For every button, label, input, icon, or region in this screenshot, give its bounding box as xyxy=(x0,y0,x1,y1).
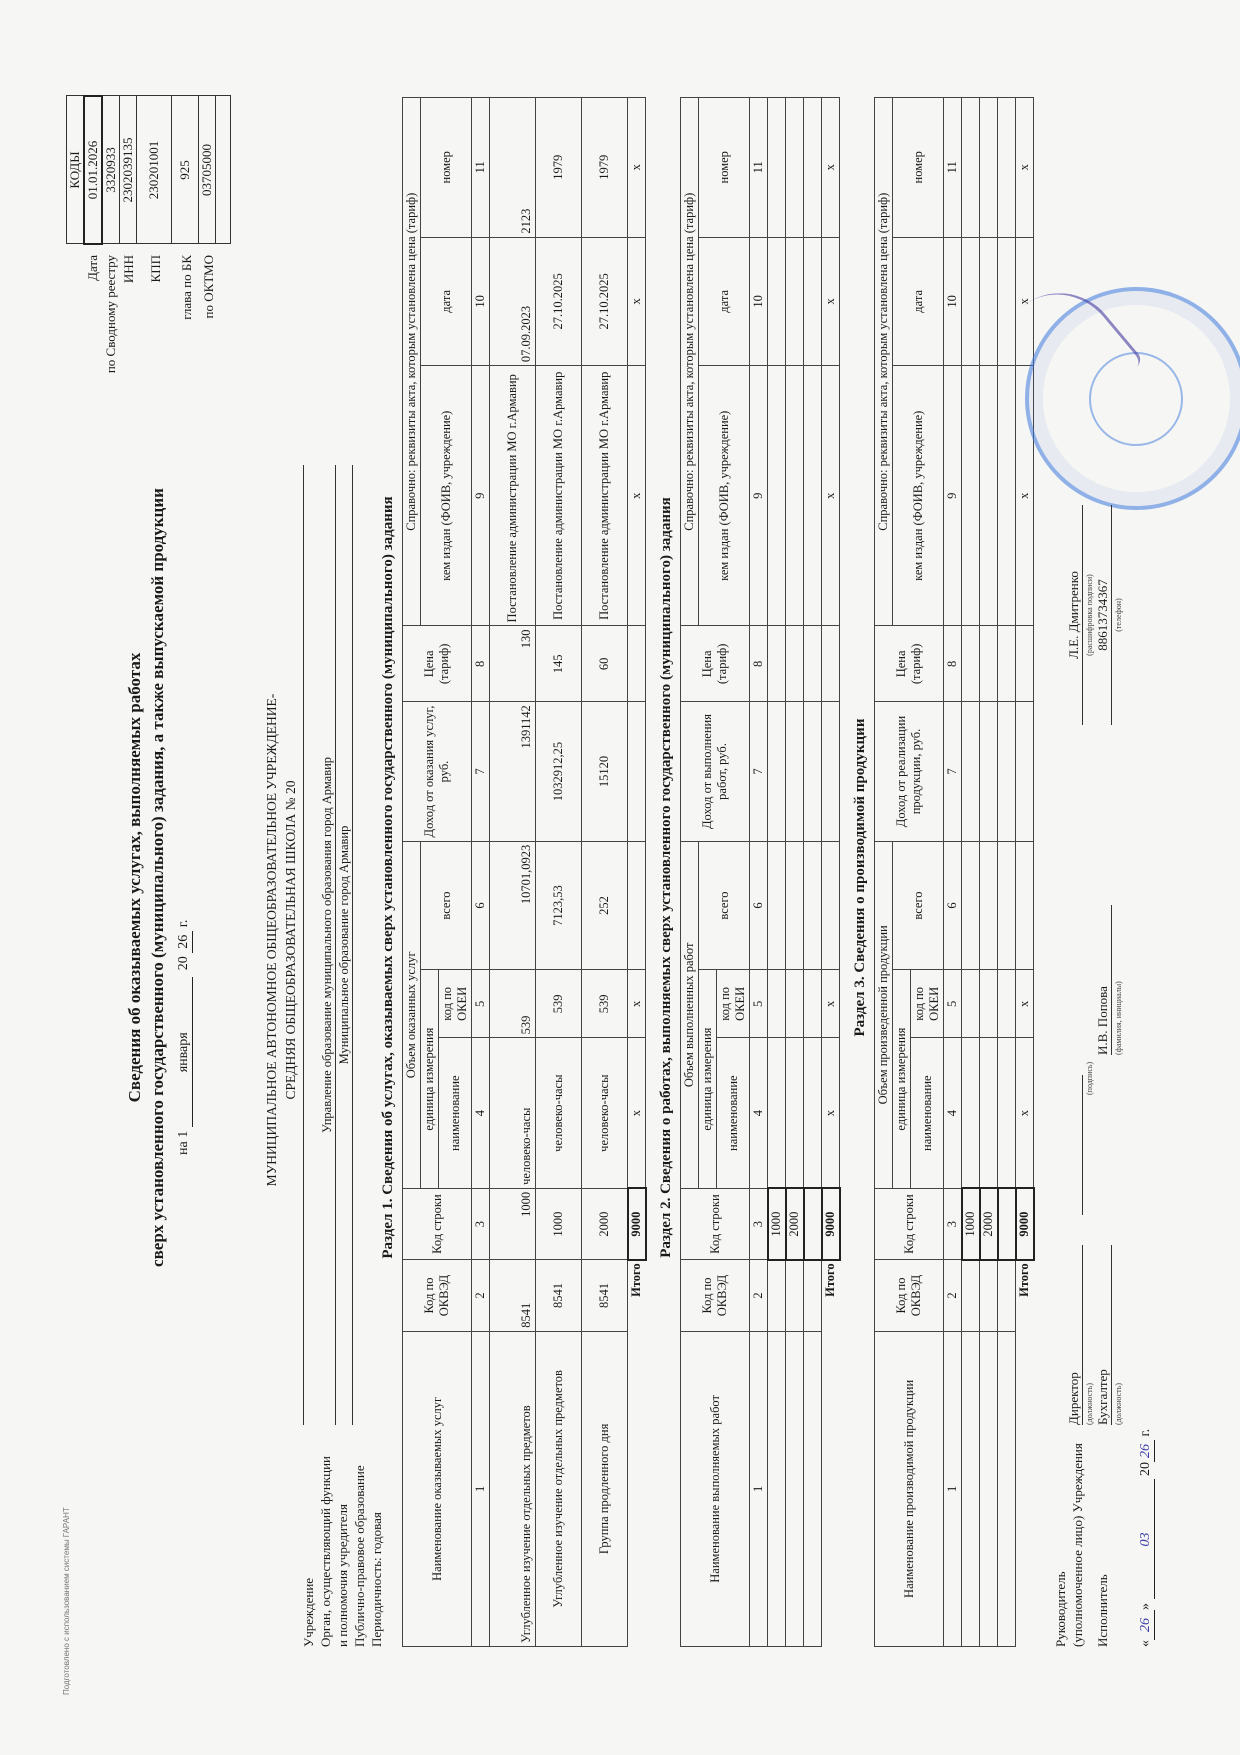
head-signature-line xyxy=(1066,1075,1083,1215)
table-row xyxy=(998,98,1016,1647)
code-bk: 925 xyxy=(172,96,199,244)
head-name: И.В. Попова xyxy=(1095,905,1112,1055)
section2-table: Наименование выполняемых работ Код по ОК… xyxy=(680,97,840,1647)
report-month: января xyxy=(176,977,193,1127)
landscape-page: Подготовлено с использованием системы ГА… xyxy=(0,0,1240,1755)
codes-table: КОДЫ 01.01.2026 3320933 2302039135 23020… xyxy=(66,95,231,245)
executor-name: Л.Е. Дмитренко xyxy=(1066,505,1083,725)
section1-title: Раздел 1. Сведения об услугах, оказываем… xyxy=(380,0,397,1755)
code-oktmo: 03705000 xyxy=(199,96,216,244)
head-position: Директор xyxy=(1066,1245,1083,1425)
code-date: 01.01.2026 xyxy=(84,96,102,244)
table-row: Углубленное изучение отдельных предметов… xyxy=(536,98,582,1647)
executor-label: Исполнитель xyxy=(1095,1574,1111,1647)
garant-watermark: Подготовлено с использованием системы ГА… xyxy=(62,1507,71,1695)
executor-phone: 88613734367 xyxy=(1095,505,1112,725)
table-row: Углубленное изучение отдельных предметов… xyxy=(490,98,536,1647)
code-kpp: 230201001 xyxy=(137,96,172,244)
table-row: 1000 xyxy=(768,98,786,1647)
table-row: 2000 xyxy=(980,98,998,1647)
report-date: на 1 января 20 26 г. xyxy=(176,920,193,1155)
section3-title: Раздел 3. Сведения о производимой продук… xyxy=(852,0,869,1755)
codes-labels: Дата по Сводному реестру ИНН КПП глава п… xyxy=(84,255,218,525)
signing-date: «26» 03 2026 г. xyxy=(1138,1429,1155,1647)
founder-value: Управление образование муниципального об… xyxy=(320,465,336,1425)
total-row: Итого 9000 x x x x x xyxy=(822,98,840,1647)
table-row: Группа продленного дня 8541 2000 человек… xyxy=(582,98,628,1647)
section2-title: Раздел 2. Сведения о работах, выполняемы… xyxy=(658,0,675,1755)
institution-name: МУНИЦИПАЛЬНОЕ АВТОНОМНОЕ ОБЩЕОБРАЗОВАТЕЛ… xyxy=(262,485,300,1395)
section1-table: Наименование оказываемых услуг Код по ОК… xyxy=(402,97,646,1647)
report-year: 26 xyxy=(176,931,193,953)
ppo-value: Муниципальное образование город Армавир xyxy=(337,465,353,1425)
executor-position: Бухгалтер xyxy=(1095,1245,1112,1425)
head-label: Руководитель (уполномоченное лицо) Учреж… xyxy=(1052,1443,1086,1647)
section3-table: Наименование производимой продукции Код … xyxy=(874,97,1034,1647)
total-row: Итого 9000 x x x x x xyxy=(628,98,646,1647)
scanned-document: Подготовлено с использованием системы ГА… xyxy=(0,0,1240,1755)
table-row: 1000 xyxy=(962,98,980,1647)
table-row xyxy=(804,98,822,1647)
header-labels: Учреждение Орган, осуществляющий функции… xyxy=(300,1456,385,1647)
table-row: 2000 xyxy=(786,98,804,1647)
code-inn: 2302039135 xyxy=(120,96,137,244)
total-row: Итого 9000 x x x x x xyxy=(1016,98,1034,1647)
code-registry: 3320933 xyxy=(102,96,120,244)
